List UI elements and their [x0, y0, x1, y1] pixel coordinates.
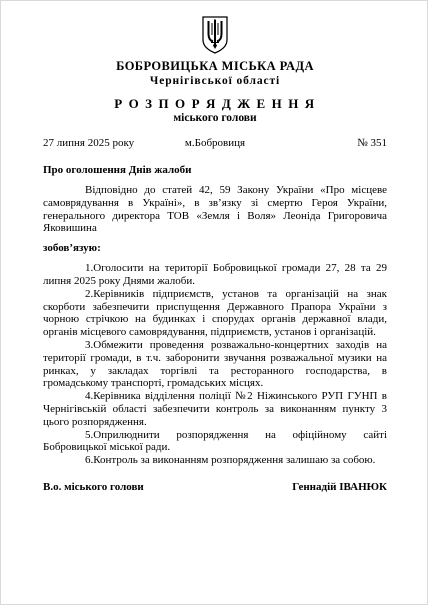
- preamble-paragraph: Відповідно до статей 42, 59 Закону Украї…: [43, 184, 387, 235]
- oblige-line: зобов’язую:: [43, 242, 387, 255]
- meta-row: 27 липня 2025 року м.Бобровиця № 351: [43, 137, 387, 150]
- org-region: Чернігівської області: [43, 75, 387, 88]
- signature-position: В.о. міського голови: [43, 481, 144, 494]
- signature-name: Геннадій ІВАНЮК: [292, 481, 387, 494]
- order-item-2: 2.Керівників підприємств, установ та орг…: [43, 288, 387, 339]
- doc-place: м.Бобровиця: [158, 137, 273, 150]
- order-item-6: 6.Контроль за виконанням розпорядження з…: [43, 454, 387, 467]
- order-item-3: 3.Обмежити проведення розважально-концер…: [43, 339, 387, 390]
- doc-type-title: Р О З П О Р Я Д Ж Е Н Н Я: [43, 96, 387, 112]
- order-item-4: 4.Керівника відділення поліції №2 Ніжинс…: [43, 390, 387, 428]
- document-header: БОБРОВИЦЬКА МІСЬКА РАДА Чернігівської об…: [43, 15, 387, 125]
- decree-document-page: БОБРОВИЦЬКА МІСЬКА РАДА Чернігівської об…: [0, 0, 428, 605]
- order-items: 1.Оголосити на території Бобровицької гр…: [43, 262, 387, 467]
- subject-line: Про оголошення Днів жалоби: [43, 164, 387, 177]
- doc-subtitle: міського голови: [43, 112, 387, 125]
- order-item-1: 1.Оголосити на території Бобровицької гр…: [43, 262, 387, 288]
- doc-date: 27 липня 2025 року: [43, 137, 158, 150]
- order-item-5: 5.Оприлюднити розпорядження на офіційном…: [43, 429, 387, 455]
- doc-number: № 351: [272, 137, 387, 150]
- org-name: БОБРОВИЦЬКА МІСЬКА РАДА: [43, 59, 387, 74]
- signature-row: В.о. міського голови Геннадій ІВАНЮК: [43, 481, 387, 494]
- ukraine-trident-shield-icon: [200, 15, 230, 55]
